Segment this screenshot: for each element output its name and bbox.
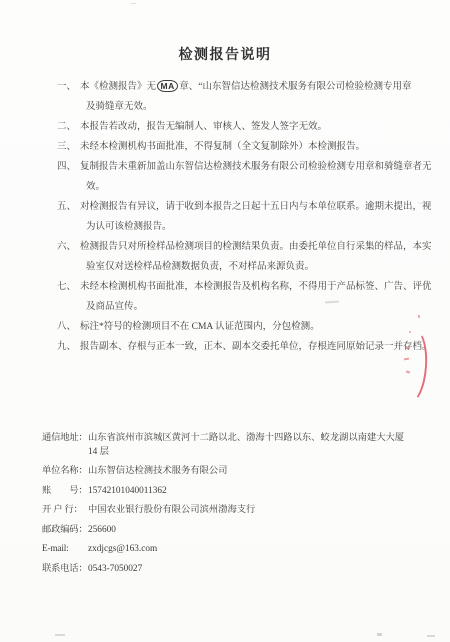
note-line: 报告副本、存根与正本一致，正本、副本交委托单位，存根连同原始记录一并存档。: [80, 337, 432, 357]
note-text: 未经本检测机构书面批准，本检测报告及机构名称，不得用于产品标签、广告、评优及商品…: [80, 277, 432, 317]
note-line: 效。: [80, 177, 432, 197]
note-line: 标注*符号的检测项目不在 CMA 认证范围内，分包检测。: [80, 317, 417, 337]
contact-value: 256600: [88, 524, 412, 538]
note-text-segment: 及商品宣传。: [86, 302, 143, 312]
note-line: 及商品宣传。: [80, 297, 432, 317]
contact-value: 中国农业银行股份有限公司滨州渤海支行: [88, 504, 412, 518]
contact-row: 开 户 行：中国农业银行股份有限公司滨州渤海支行: [42, 504, 412, 518]
contact-value-line: 山东智信达检测技术服务有限公司: [88, 465, 412, 479]
note-text: 复制报告未重新加盖山东智信达检测技术服务有限公司检验检测专用章和骑缝章者无效。: [80, 157, 432, 197]
note-line: 及骑缝章无效。: [80, 97, 417, 117]
note-number: 三、: [57, 137, 80, 157]
contact-row: 单位名称：山东智信达检测技术服务有限公司: [42, 465, 412, 479]
note-line: 复制报告未重新加盖山东智信达检测技术服务有限公司检验检测专用章和骑缝章者无: [80, 157, 432, 177]
scanned-document-page: 检测报告说明 一、本《检测报告》无MA章、“山东智信达检测技术服务有限公司检验检…: [0, 0, 450, 642]
contact-value: 15742101040011362: [88, 485, 412, 499]
cma-mark: MA: [157, 80, 178, 92]
contact-info-block: 通信地址：山东省滨州市滨城区黄河十二路以北、渤海十四路以东、蛟龙湖以南建大大厦1…: [42, 432, 412, 582]
scan-artifact: [377, 633, 382, 636]
note-text: 本《检测报告》无MA章、“山东智信达检测技术服务有限公司检验检测专用章及骑缝章无…: [80, 77, 417, 117]
contact-label: 开 户 行：: [42, 504, 88, 518]
contact-value-line: zxdjcgs@163.com: [88, 543, 412, 557]
note-text-segment: 效。: [86, 182, 105, 192]
contact-value-line: 0543-7050027: [88, 563, 412, 577]
note-text: 未经本检测机构书面批准，不得复制（全文复制除外）本检测报告。: [80, 137, 417, 157]
contact-value-line: 256600: [88, 524, 412, 538]
note-line: 检测报告只对所检样品检测项目的检测结果负责。由委托单位自行采集的样品，本实: [80, 237, 432, 257]
note-item: 二、本报告若改动，报告无编制人、审核人、签发人签字无效。: [57, 117, 417, 137]
note-number: 四、: [57, 157, 80, 197]
contact-value: 山东智信达检测技术服务有限公司: [88, 465, 412, 479]
note-line: 未经本检测机构书面批准，不得复制（全文复制除外）本检测报告。: [80, 137, 417, 157]
note-item: 五、对检测报告有异议，请于收到本报告之日起十五日内与本单位联系。逾期未提出，视为…: [57, 197, 417, 237]
scan-artifact: [55, 634, 65, 636]
note-text-segment: 及骑缝章无效。: [86, 102, 153, 112]
contact-row: 账 号：15742101040011362: [42, 485, 412, 499]
note-text-segment: 未经本检测机构书面批准，不得复制（全文复制除外）本检测报告。: [80, 142, 365, 152]
note-number: 八、: [57, 317, 80, 337]
contact-value: zxdjcgs@163.com: [88, 543, 412, 557]
contact-value: 山东省滨州市滨城区黄河十二路以北、渤海十四路以东、蛟龙湖以南建大大厦14 层: [88, 432, 412, 459]
note-line: 本报告若改动，报告无编制人、审核人、签发人签字无效。: [80, 117, 417, 137]
contact-label: 联系电话：: [42, 563, 88, 577]
note-item: 七、未经本检测机构书面批准，本检测报告及机构名称，不得用于产品标签、广告、评优及…: [57, 277, 417, 317]
contact-row: 通信地址：山东省滨州市滨城区黄河十二路以北、渤海十四路以东、蛟龙湖以南建大大厦1…: [42, 432, 412, 459]
note-number: 五、: [57, 197, 80, 237]
note-number: 二、: [57, 117, 80, 137]
note-text: 对检测报告有异议，请于收到本报告之日起十五日内与本单位联系。逾期未提出，视为认可…: [80, 197, 432, 237]
red-stamp-speck: [418, 315, 420, 318]
note-text: 报告副本、存根与正本一致，正本、副本交委托单位，存根连同原始记录一并存档。: [80, 337, 432, 357]
note-item: 六、检测报告只对所检样品检测项目的检测结果负责。由委托单位自行采集的样品，本实验…: [57, 237, 417, 277]
note-text-segment: 对检测报告有异议，请于收到本报告之日起十五日内与本单位联系。逾期未提出，视: [80, 202, 432, 212]
contact-row: 联系电话：0543-7050027: [42, 563, 412, 577]
red-stamp-speck: [409, 331, 411, 333]
contact-row: 邮政编码：256600: [42, 524, 412, 538]
note-text: 检测报告只对所检样品检测项目的检测结果负责。由委托单位自行采集的样品，本实验室仅…: [80, 237, 432, 277]
note-text-segment: 未经本检测机构书面批准，本检测报告及机构名称，不得用于产品标签、广告、评优: [80, 282, 432, 292]
note-line: 本《检测报告》无MA章、“山东智信达检测技术服务有限公司检验检测专用章: [80, 77, 417, 97]
notes-list: 一、本《检测报告》无MA章、“山东智信达检测技术服务有限公司检验检测专用章及骑缝…: [57, 77, 417, 357]
contact-value: 0543-7050027: [88, 563, 412, 577]
contact-value-line: 山东省滨州市滨城区黄河十二路以北、渤海十四路以东、蛟龙湖以南建大大厦: [88, 432, 412, 446]
contact-value-line: 中国农业银行股份有限公司滨州渤海支行: [88, 504, 412, 518]
note-text-segment: 报告副本、存根与正本一致，正本、副本交委托单位，存根连同原始记录一并存档。: [80, 342, 432, 352]
note-text-segment: 为认可该检测报告。: [86, 222, 172, 232]
contact-row: E-mail:zxdjcgs@163.com: [42, 543, 412, 557]
note-item: 一、本《检测报告》无MA章、“山东智信达检测技术服务有限公司检验检测专用章及骑缝…: [57, 77, 417, 117]
note-text-segment: 复制报告未重新加盖山东智信达检测技术服务有限公司检验检测专用章和骑缝章者无: [80, 162, 432, 172]
note-text-segment: 本报告若改动，报告无编制人、审核人、签发人签字无效。: [80, 122, 327, 132]
note-number: 一、: [57, 77, 80, 117]
contact-label: 邮政编码：: [42, 524, 88, 538]
scan-artifact: [295, 322, 303, 323]
note-number: 六、: [57, 237, 80, 277]
note-item: 九、报告副本、存根与正本一致，正本、副本交委托单位，存根连同原始记录一并存档。: [57, 337, 417, 357]
note-line: 对检测报告有异议，请于收到本报告之日起十五日内与本单位联系。逾期未提出，视: [80, 197, 432, 217]
note-text-segment: 验室仅对送检样品检测数据负责，不对样品来源负责。: [86, 262, 314, 272]
note-number: 七、: [57, 277, 80, 317]
contact-label: E-mail:: [42, 543, 88, 557]
note-item: 三、未经本检测机构书面批准，不得复制（全文复制除外）本检测报告。: [57, 137, 417, 157]
contact-label: 账 号：: [42, 485, 88, 499]
note-line: 未经本检测机构书面批准，本检测报告及机构名称，不得用于产品标签、广告、评优: [80, 277, 432, 297]
note-number: 九、: [57, 337, 80, 357]
note-text-segment: 章、“山东智信达检测技术服务有限公司检验检测专用章: [179, 82, 411, 92]
note-line: 验室仅对送检样品检测数据负责，不对样品来源负责。: [80, 257, 432, 277]
note-line: 为认可该检测报告。: [80, 217, 432, 237]
contact-label: 通信地址：: [42, 432, 88, 459]
note-text-segment: 标注*符号的检测项目不在 CMA 认证范围内，分包检测。: [80, 322, 320, 332]
scan-artifact: [427, 635, 435, 637]
note-item: 八、标注*符号的检测项目不在 CMA 认证范围内，分包检测。: [57, 317, 417, 337]
note-text: 本报告若改动，报告无编制人、审核人、签发人签字无效。: [80, 117, 417, 137]
scan-artifact: [130, 3, 136, 4]
note-text-segment: 本《检测报告》无: [80, 82, 156, 92]
note-text: 标注*符号的检测项目不在 CMA 认证范围内，分包检测。: [80, 317, 417, 337]
note-text-segment: 检测报告只对所检样品检测项目的检测结果负责。由委托单位自行采集的样品，本实: [80, 242, 432, 252]
page-title: 检测报告说明: [0, 44, 450, 64]
note-item: 四、复制报告未重新加盖山东智信达检测技术服务有限公司检验检测专用章和骑缝章者无效…: [57, 157, 417, 197]
contact-value-line: 14 层: [88, 446, 412, 460]
contact-value-line: 15742101040011362: [88, 485, 412, 499]
contact-label: 单位名称：: [42, 465, 88, 479]
